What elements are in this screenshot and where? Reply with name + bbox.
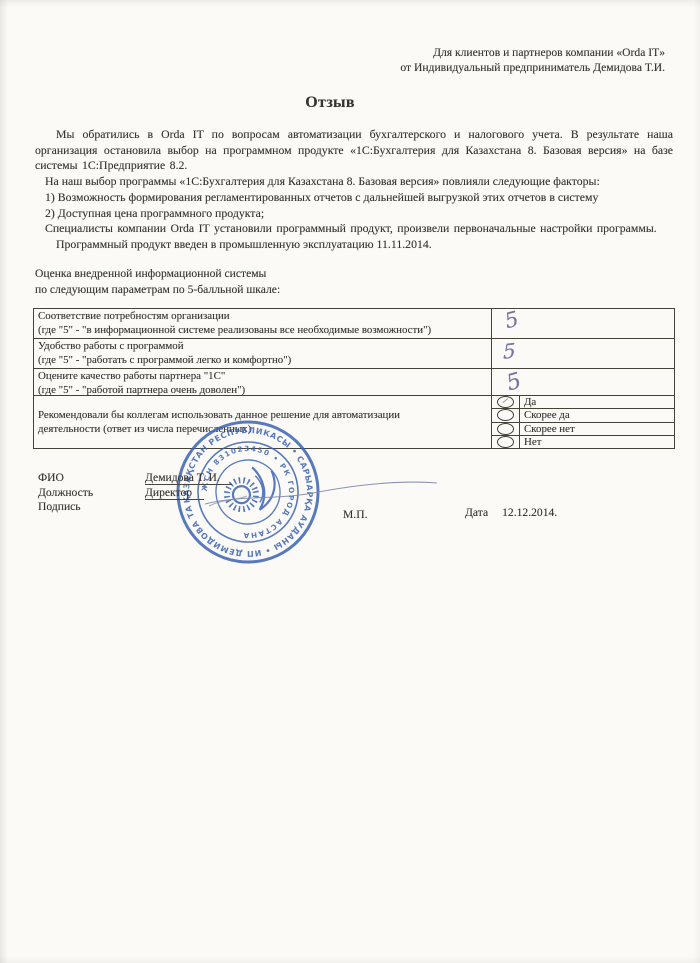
rating-intro-line2: по следующим параметрам по 5-балльной шк… xyxy=(35,282,280,298)
radio-circle-icon xyxy=(497,423,514,435)
score-cell: 5 xyxy=(492,369,674,395)
document-title: Отзыв xyxy=(0,94,660,112)
recommend-question-cell: Рекомендовали бы коллегам использовать д… xyxy=(34,396,492,448)
question-cell: Оцените качество работы партнера "1С" (г… xyxy=(34,369,492,395)
handwritten-score: 5 xyxy=(502,307,521,334)
date-label: Дата xyxy=(465,506,488,519)
radio-circle-icon xyxy=(497,409,514,421)
mp-label: М.П. xyxy=(343,508,367,521)
option-label: Скорее нет xyxy=(520,423,575,435)
intro-paragraph: Мы обратились в Orda IT по вопросам авто… xyxy=(35,127,673,174)
question-cell: Соответствие потребностям организации (г… xyxy=(34,309,492,338)
fio-row: ФИОДемидова Т. И. xyxy=(38,471,232,486)
handwritten-signature xyxy=(195,465,445,515)
radio-circle-icon xyxy=(497,396,514,408)
recommend-question-line1: Рекомендовали бы коллегам использовать д… xyxy=(38,409,487,423)
score-cell: 5 xyxy=(492,309,674,338)
radio-circle-icon xyxy=(497,436,514,448)
rating-intro: Оценка внедренной информационной системы… xyxy=(35,266,280,297)
recipient-line2: от Индивидуальный предприниматель Демидо… xyxy=(400,61,665,76)
table-row-recommend: Рекомендовали бы коллегам использовать д… xyxy=(34,395,674,448)
option-label: Нет xyxy=(520,436,541,448)
position-label: Должность xyxy=(38,486,145,501)
question-line1: Оцените качество работы партнера "1С" xyxy=(38,370,487,384)
option-row-da: Да xyxy=(492,396,674,408)
radio-cell xyxy=(492,436,520,448)
signature-label: Подпись xyxy=(38,500,145,515)
question-line1: Удобство работы с программой xyxy=(38,340,487,354)
table-row-fit: Соответствие потребностям организации (г… xyxy=(34,309,674,338)
installation-paragraph: Специалисты компании Orda IT установили … xyxy=(35,221,673,237)
rating-table: Соответствие потребностям организации (г… xyxy=(33,308,675,449)
factors-intro-line: На наш выбор программы «1С:Бухгалтерия д… xyxy=(35,174,673,190)
pen-mark xyxy=(502,398,508,404)
position-value: Директор xyxy=(145,486,204,500)
radio-cell xyxy=(492,423,520,435)
option-label: Скорее да xyxy=(520,409,570,421)
deployment-line: Программный продукт введен в промышленну… xyxy=(35,237,673,253)
question-line2: (где "5" - "работать с программой легко … xyxy=(38,354,487,368)
factor-1-line: 1) Возможность формирования регламентиро… xyxy=(35,190,673,206)
question-line1: Соответствие потребностям организации xyxy=(38,310,487,324)
signature-block: ФИОДемидова Т. И. ДолжностьДиректор Подп… xyxy=(38,471,232,515)
handwritten-score: 5 xyxy=(504,369,524,397)
option-row-skoree-da: Скорее да xyxy=(492,408,674,421)
table-row-usability: Удобство работы с программой (где "5" - … xyxy=(34,338,674,368)
scanned-review-document: Для клиентов и партнеров компании «Orda … xyxy=(0,0,700,963)
question-line2: (где "5" - "работой партнера очень довол… xyxy=(38,384,487,398)
radio-cell xyxy=(492,396,520,408)
score-cell: 5 xyxy=(492,339,674,368)
recipient-block: Для клиентов и партнеров компании «Orda … xyxy=(400,46,665,75)
position-row: ДолжностьДиректор xyxy=(38,486,232,501)
question-line2: (где "5" - "в информационной системе реа… xyxy=(38,324,487,338)
recipient-line1: Для клиентов и партнеров компании «Orda … xyxy=(400,46,665,61)
option-label: Да xyxy=(520,396,536,408)
recommend-options: Да Скорее да Скоре xyxy=(492,396,674,448)
handwritten-score: 5 xyxy=(503,338,516,364)
fio-label: ФИО xyxy=(38,471,145,486)
radio-cell xyxy=(492,409,520,421)
signature-row: Подпись xyxy=(38,500,232,515)
option-row-skoree-net: Скорее нет xyxy=(492,422,674,435)
factor-2-line: 2) Доступная цена программного продукта; xyxy=(35,206,673,222)
recommend-question-line2: деятельности (ответ из числа перечисленн… xyxy=(38,423,487,437)
date-line: Дата12.12.2014. xyxy=(465,506,557,519)
table-row-partner-quality: Оцените качество работы партнера "1С" (г… xyxy=(34,368,674,395)
fio-value: Демидова Т. И. xyxy=(145,471,232,485)
rating-intro-line1: Оценка внедренной информационной системы xyxy=(35,266,280,282)
option-row-net: Нет xyxy=(492,435,674,448)
question-cell: Удобство работы с программой (где "5" - … xyxy=(34,339,492,368)
date-value: 12.12.2014. xyxy=(502,506,557,519)
body-text: Мы обратились в Orda IT по вопросам авто… xyxy=(35,127,673,253)
